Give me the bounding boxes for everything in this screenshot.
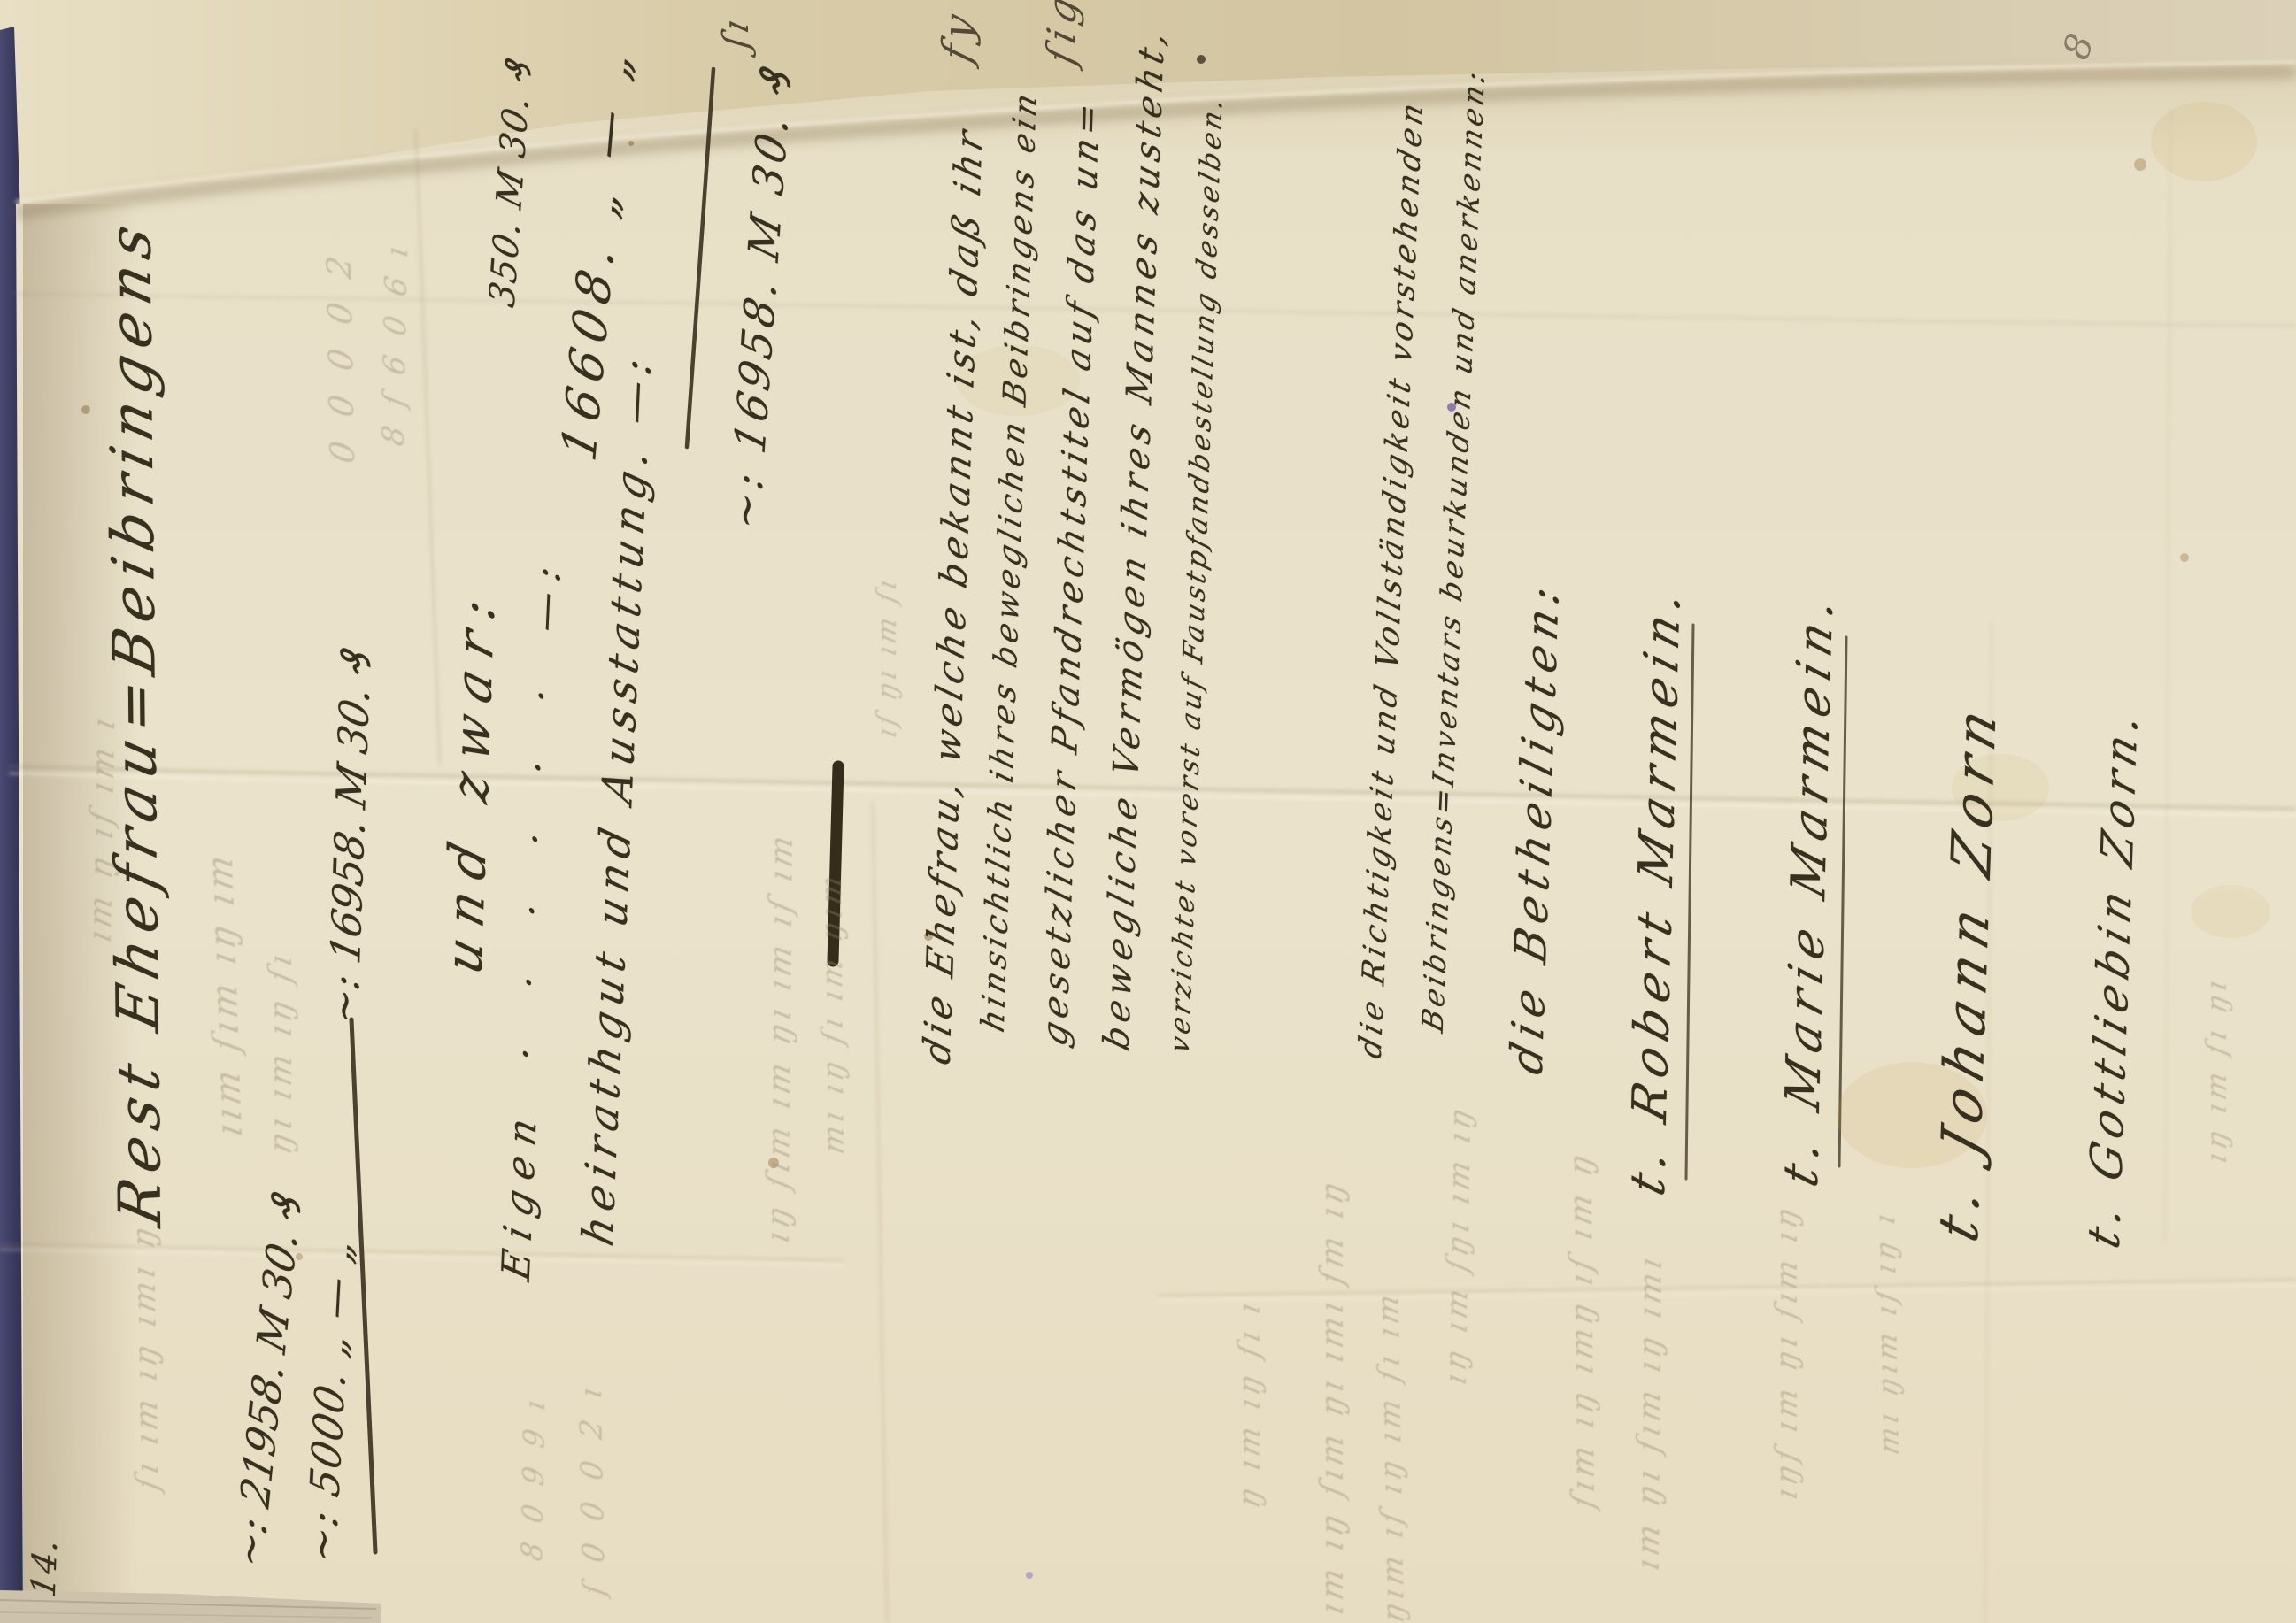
entry-heading: Rest Ehefrau=Beibringens	[101, 243, 170, 1231]
bleedthrough-text: ſ 0 0 0 2 ı	[574, 1301, 610, 1597]
breakdown-intro: und zwar:	[438, 522, 505, 979]
bleedthrough-text: ſım ıŋ ımŋ ıſ ım ŋ	[1562, 796, 1600, 1511]
bleedthrough-text: ŋ ım ıŋ ſı ı	[1235, 1124, 1265, 1511]
bleedthrough-text: ŋı ım ıŋ ſı	[266, 814, 297, 1158]
bleedthrough-text: 8 0 9 9 ı	[518, 1310, 551, 1563]
photographed-ledger-page: 0 0 0 0 2 8 ſ 6 0 6 ı ıım ſım ıŋ ım ŋı ı…	[0, 0, 2296, 1623]
bleedthrough-text: mı ıŋ ſı ım ŋım	[814, 655, 848, 1157]
carryover-total: ~: 16958. M 30. ₰	[323, 681, 375, 1027]
purple-ink-dot	[1026, 1572, 1033, 1579]
bleedthrough-text: 0 0 0 0 2	[320, 142, 359, 465]
previous-page-fragment: ſig	[1043, 0, 1083, 69]
bleedthrough-text: ım ıŋ ſım ŋı ımı ſm ıŋ	[1317, 814, 1349, 1618]
previous-page-fragment: fy	[936, 0, 982, 66]
page-number: 14.	[27, 1513, 63, 1600]
bleedthrough-text: ıŋ ım ſı ŋı	[2202, 788, 2231, 1165]
bleedthrough-text: ıſ ŋı ım ſı	[874, 398, 901, 740]
previous-page-fragment: ʃı	[719, 0, 754, 51]
signature-marie-marmein: t. Marie Marmein.	[1777, 602, 1840, 1192]
bleedthrough-text: 8 ſ 6 0 6 ı	[379, 177, 413, 449]
